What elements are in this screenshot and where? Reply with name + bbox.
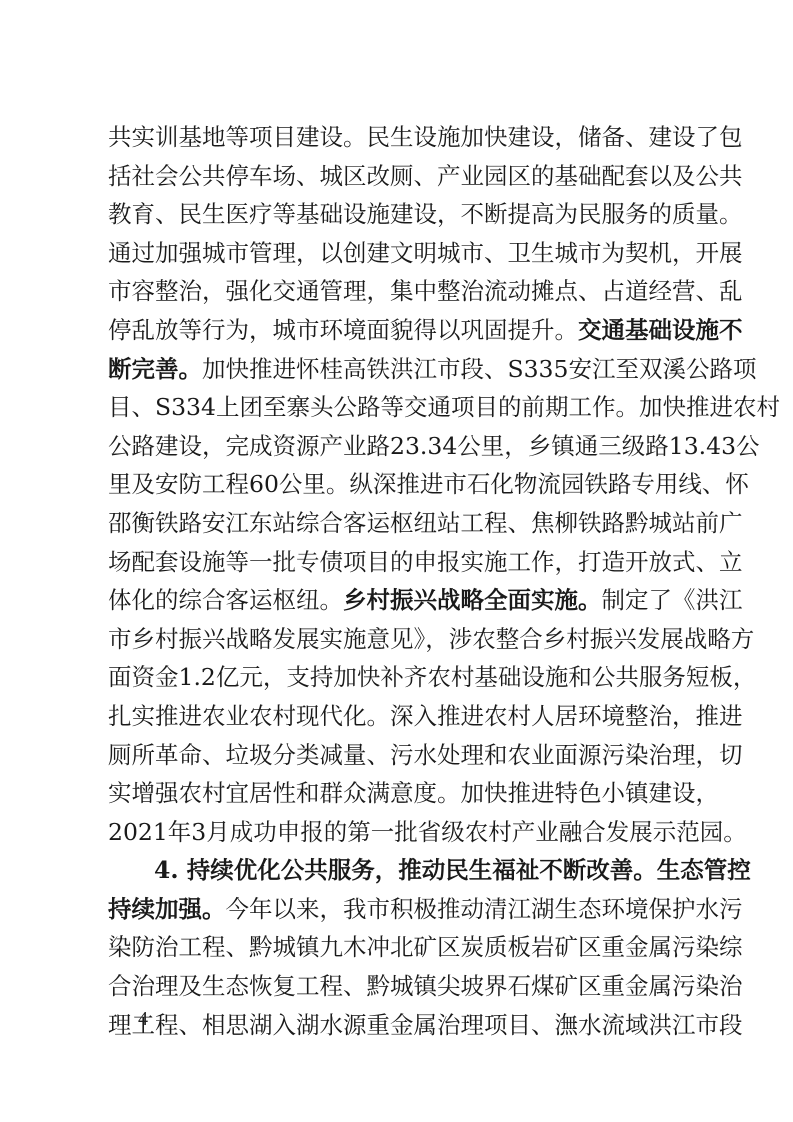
text-line: 停乱放等行为，城市环境面貌得以巩固提升。交通基础设施不 <box>108 311 692 350</box>
text-line: 实增强农村宜居性和群众满意度。加快推进特色小镇建设， <box>108 774 692 813</box>
body-text: 公路建设，完成资源产业路23.34公里，乡镇通三级路13.43公 <box>108 432 760 460</box>
text-line: 理工程、相思湖入湖水源重金属治理项目、潕水流域洪江市段 <box>108 1006 692 1045</box>
text-line: 共实训基地等项目建设。民生设施加快建设，储备、建设了包 <box>108 118 692 157</box>
text-line: 目、S334上团至寨头公路等交通项目的前期工作。加快推进农村 <box>108 388 692 427</box>
text-line: 合治理及生态恢复工程、黔城镇尖坡界石煤矿区重金属污染治 <box>108 967 692 1006</box>
text-line: 4. 持续优化公共服务，推动民生福祉不断改善。生态管控 <box>108 851 692 890</box>
text-line: 公路建设，完成资源产业路23.34公里，乡镇通三级路13.43公 <box>108 427 692 466</box>
body-text: 加快推进怀桂高铁洪江市段、S335安江至双溪公路项 <box>202 355 756 383</box>
body-text: 体化的综合客运枢纽。 <box>108 586 343 614</box>
bold-heading-text: 断完善。 <box>108 355 202 383</box>
text-line: 厕所革命、垃圾分类减量、污水处理和农业面源污染治理，切 <box>108 736 692 775</box>
body-text: 通过加强城市管理，以创建文明城市、卫生城市为契机，开展 <box>108 239 743 267</box>
body-text: 面资金1.2亿元，支持加快补齐农村基础设施和公共服务短板， <box>108 663 756 691</box>
text-line: 括社会公共停车场、城区改厕、产业园区的基础配套以及公共 <box>108 157 692 196</box>
text-line: 教育、民生医疗等基础设施建设，不断提高为民服务的质量。 <box>108 195 692 234</box>
body-text: 共实训基地等项目建设。民生设施加快建设，储备、建设了包 <box>108 123 743 151</box>
page-number: 4 <box>138 1008 148 1031</box>
text-line: 场配套设施等一批专债项目的申报实施工作，打造开放式、立 <box>108 543 692 582</box>
body-text: 合治理及生态恢复工程、黔城镇尖坡界石煤矿区重金属污染治 <box>108 972 743 1000</box>
body-text: 扎实推进农业农村现代化。深入推进农村人居环境整治，推进 <box>108 702 743 730</box>
bold-heading-text: 4. 持续优化公共服务，推动民生福祉不断改善。 <box>154 856 657 884</box>
body-text: 教育、民生医疗等基础设施建设，不断提高为民服务的质量。 <box>108 200 743 228</box>
text-line: 通过加强城市管理，以创建文明城市、卫生城市为契机，开展 <box>108 234 692 273</box>
body-text: 厕所革命、垃圾分类减量、污水处理和农业面源污染治理，切 <box>108 741 743 769</box>
body-text: 2021年3月成功申报的第一批省级农村产业融合发展示范园。 <box>108 818 747 846</box>
body-text: 里及安防工程60公里。纵深推进市石化物流园铁路专用线、怀 <box>108 470 749 498</box>
bold-heading-text: 生态管控 <box>657 856 751 884</box>
body-text: 停乱放等行为，城市环境面貌得以巩固提升。 <box>108 316 578 344</box>
text-line: 扎实推进农业农村现代化。深入推进农村人居环境整治，推进 <box>108 697 692 736</box>
text-line: 邵衡铁路安江东站综合客运枢纽站工程、焦柳铁路黔城站前广 <box>108 504 692 543</box>
body-text: 理工程、相思湖入湖水源重金属治理项目、潕水流域洪江市段 <box>108 1011 743 1039</box>
text-line: 里及安防工程60公里。纵深推进市石化物流园铁路专用线、怀 <box>108 465 692 504</box>
body-text: 制定了《洪江 <box>602 586 743 614</box>
bold-heading-text: 乡村振兴战略全面实施。 <box>343 586 602 614</box>
body-text: 市乡村振兴战略发展实施意见》，涉农整合乡村振兴发展战略方 <box>108 625 754 653</box>
body-text: 今年以来，我市积极推动清江湖生态环境保护水污 <box>226 895 743 923</box>
text-line: 市容整治，强化交通管理，集中整治流动摊点、占道经营、乱 <box>108 272 692 311</box>
body-text: 染防治工程、黔城镇九木冲北矿区炭质板岩矿区重金属污染综 <box>108 933 743 961</box>
bold-heading-text: 交通基础设施不 <box>578 316 743 344</box>
text-line: 断完善。加快推进怀桂高铁洪江市段、S335安江至双溪公路项 <box>108 350 692 389</box>
body-text: 邵衡铁路安江东站综合客运枢纽站工程、焦柳铁路黔城站前广 <box>108 509 743 537</box>
body-text: 实增强农村宜居性和群众满意度。加快推进特色小镇建设， <box>108 779 719 807</box>
text-line: 染防治工程、黔城镇九木冲北矿区炭质板岩矿区重金属污染综 <box>108 928 692 967</box>
text-line: 体化的综合客运枢纽。乡村振兴战略全面实施。制定了《洪江 <box>108 581 692 620</box>
document-body: 共实训基地等项目建设。民生设施加快建设，储备、建设了包括社会公共停车场、城区改厕… <box>108 118 692 1044</box>
body-text: 目、S334上团至寨头公路等交通项目的前期工作。加快推进农村 <box>108 393 780 421</box>
body-text: 括社会公共停车场、城区改厕、产业园区的基础配套以及公共 <box>108 162 743 190</box>
text-line: 2021年3月成功申报的第一批省级农村产业融合发展示范园。 <box>108 813 692 852</box>
text-line: 面资金1.2亿元，支持加快补齐农村基础设施和公共服务短板， <box>108 658 692 697</box>
body-text: 场配套设施等一批专债项目的申报实施工作，打造开放式、立 <box>108 548 743 576</box>
body-text: 市容整治，强化交通管理，集中整治流动摊点、占道经营、乱 <box>108 277 743 305</box>
bold-heading-text: 持续加强。 <box>108 895 226 923</box>
text-line: 市乡村振兴战略发展实施意见》，涉农整合乡村振兴发展战略方 <box>108 620 692 659</box>
text-line: 持续加强。今年以来，我市积极推动清江湖生态环境保护水污 <box>108 890 692 929</box>
